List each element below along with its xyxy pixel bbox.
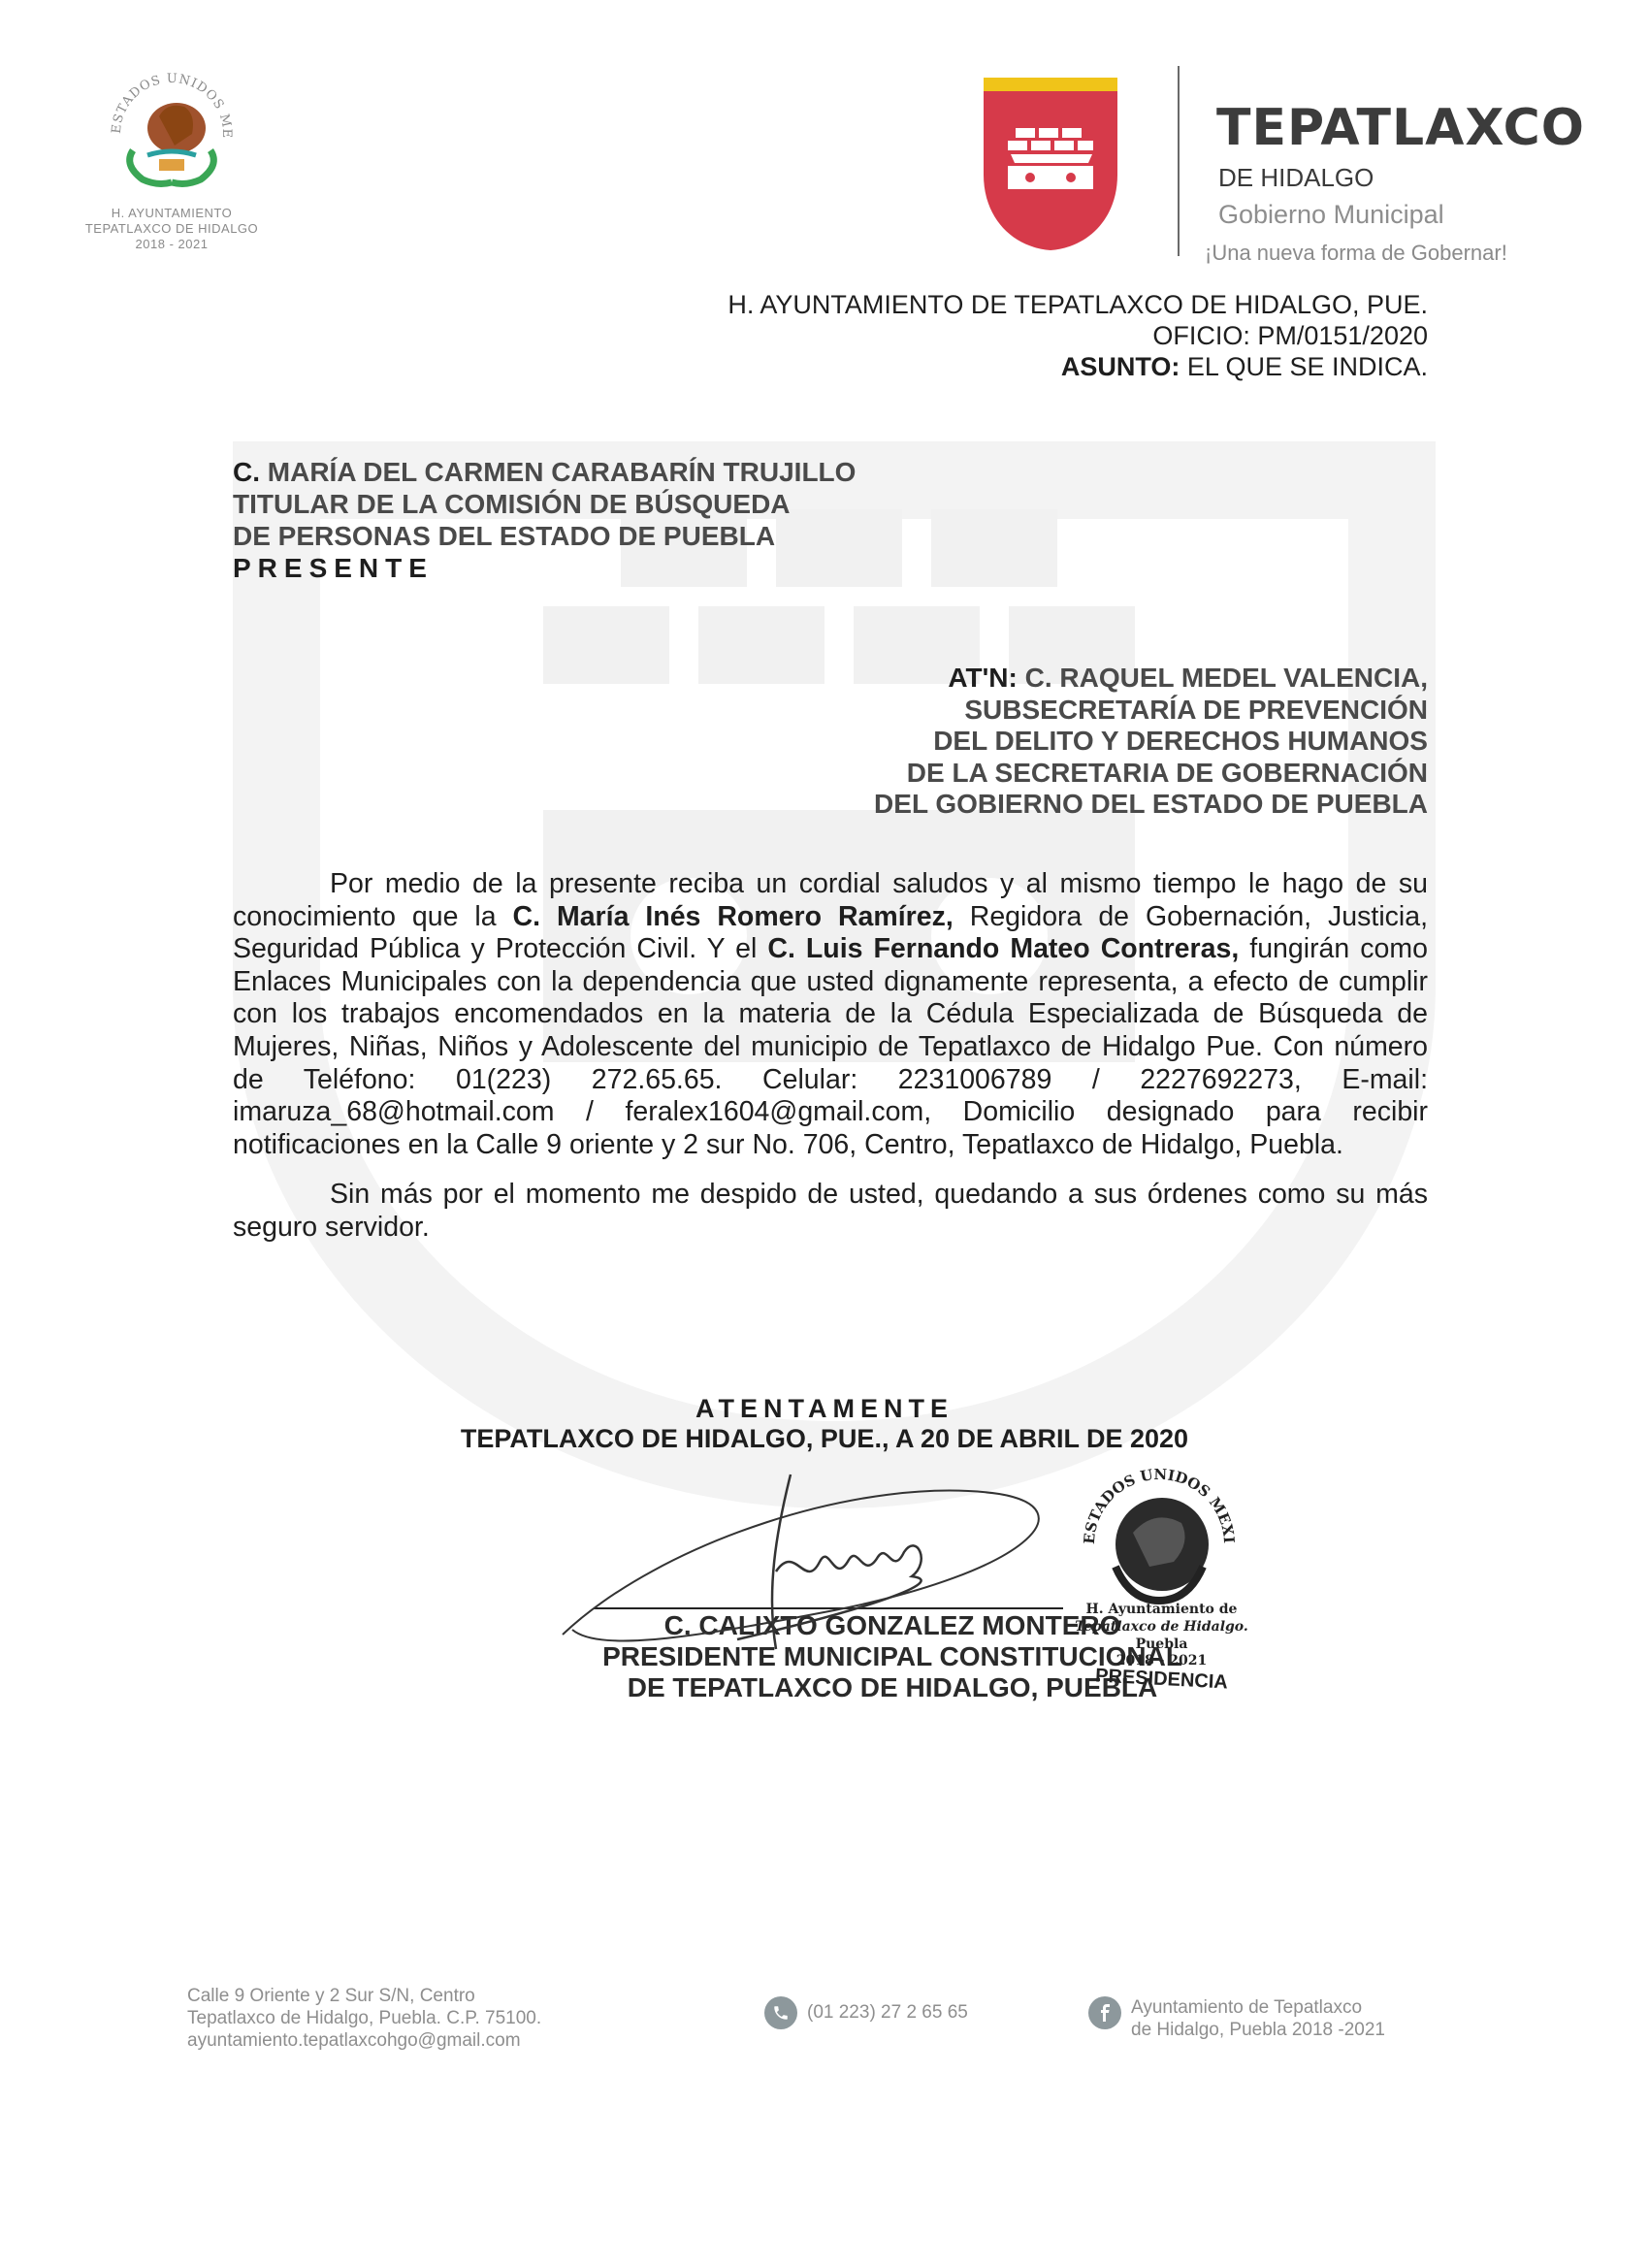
footer-social-line: de Hidalgo, Puebla 2018 -2021 [1131,2019,1385,2041]
document-reference: H. AYUNTAMIENTO DE TEPATLAXCO DE HIDALGO… [727,289,1428,382]
presente: PRESENTE [233,552,856,584]
liaison-name-1: María Inés Romero Ramírez, [557,901,954,932]
seal-caption-line: 2018 - 2021 [60,237,283,252]
official-stamp-icon: ESTADOS UNIDOS MEXICANOS [1077,1455,1242,1620]
stamp-line: Puebla [1072,1636,1251,1653]
body-bold: C. [513,901,541,932]
body-paragraph-2: Sin más por el momento me despido de ust… [233,1179,1428,1244]
logo-government: Gobierno Municipal [1218,200,1444,230]
institution-line: H. AYUNTAMIENTO DE TEPATLAXCO DE HIDALGO… [727,289,1428,320]
footer-social: Ayuntamiento de Tepatlaxco de Hidalgo, P… [1088,1996,1385,2041]
phone-icon [764,1996,797,2029]
logo-divider [1178,66,1180,256]
stamp-line: Tepatlaxco de Hidalgo. [1072,1618,1251,1636]
national-seal: ESTADOS UNIDOS MEXICANOS H. AYUNTAMIENTO… [60,58,283,252]
addressee-name: C. MARÍA DEL CARMEN CARABARÍN TRUJILLO [233,456,856,488]
attention-block: AT'N: C. RAQUEL MEDEL VALENCIA, SUBSECRE… [874,663,1428,821]
addressee-fullname: MARÍA DEL CARMEN CARABARÍN TRUJILLO [260,457,856,487]
place-date: TEPATLAXCO DE HIDALGO, PUE., A 20 DE ABR… [427,1424,1222,1454]
footer-social-line: Ayuntamiento de Tepatlaxco [1131,1996,1385,2019]
salutation: ATENTAMENTE [427,1394,1222,1424]
footer-email: ayuntamiento.tepatlaxcohgo@gmail.com [187,2029,541,2052]
body-paragraph-1: Por medio de la presente reciba un cordi… [233,868,1428,1161]
attention-person: C. RAQUEL MEDEL VALENCIA, [1018,663,1428,693]
stamp-line: H. Ayuntamiento de [1072,1601,1251,1618]
handwritten-signature [543,1455,1086,1678]
addressee-line: DE PERSONAS DEL ESTADO DE PUEBLA [233,520,856,552]
seal-caption-line: TEPATLAXCO DE HIDALGO [60,221,283,237]
attention-line: DEL GOBIERNO DEL ESTADO DE PUEBLA [874,789,1428,821]
logo-slogan: ¡Una nueva forma de Gobernar! [1205,241,1507,266]
asunto-line: ASUNTO: EL QUE SE INDICA. [727,351,1428,382]
asunto-label: ASUNTO: [1061,352,1180,381]
attention-line: SUBSECRETARÍA DE PREVENCIÓN [874,695,1428,727]
body-text: fungirán como Enlaces Municipales con la… [233,933,1428,1160]
logo-subtitle: DE HIDALGO [1218,163,1374,193]
attention-line: DEL DELITO Y DERECHOS HUMANOS [874,726,1428,758]
footer-phone-number: (01 223) 27 2 65 65 [807,2002,968,2024]
eagle-emblem-icon: ESTADOS UNIDOS MEXICANOS [99,58,244,204]
addressee-line: TITULAR DE LA COMISIÓN DE BÚSQUEDA [233,488,856,520]
letter-body: Por medio de la presente reciba un cordi… [233,868,1428,1245]
attention-line: DE LA SECRETARIA DE GOBERNACIÓN [874,758,1428,790]
facebook-icon [1088,1996,1121,2029]
attention-name: AT'N: C. RAQUEL MEDEL VALENCIA, [874,663,1428,695]
addressee-prefix: C. [233,457,260,487]
logo-title: TEPATLAXCO [1216,99,1585,157]
addressee-block: C. MARÍA DEL CARMEN CARABARÍN TRUJILLO T… [233,456,856,584]
closing-block: ATENTAMENTE TEPATLAXCO DE HIDALGO, PUE.,… [427,1394,1222,1454]
body-text [540,901,557,932]
footer-address-line: Tepatlaxco de Hidalgo, Puebla. C.P. 7510… [187,2007,541,2029]
footer-address: Calle 9 Oriente y 2 Sur S/N, Centro Tepa… [187,1985,541,2052]
footer-phone: (01 223) 27 2 65 65 [764,1996,968,2029]
liaison-name-2: C. Luis Fernando Mateo Contreras, [767,933,1239,964]
municipal-shield-icon [984,78,1117,252]
seal-caption-line: H. AYUNTAMIENTO [60,206,283,221]
stamp-text: H. Ayuntamiento de Tepatlaxco de Hidalgo… [1072,1601,1251,1690]
asunto-value: EL QUE SE INDICA. [1180,352,1428,381]
footer-address-line: Calle 9 Oriente y 2 Sur S/N, Centro [187,1985,541,2007]
oficio-number: OFICIO: PM/0151/2020 [727,320,1428,351]
attention-label: AT'N: [948,663,1017,693]
